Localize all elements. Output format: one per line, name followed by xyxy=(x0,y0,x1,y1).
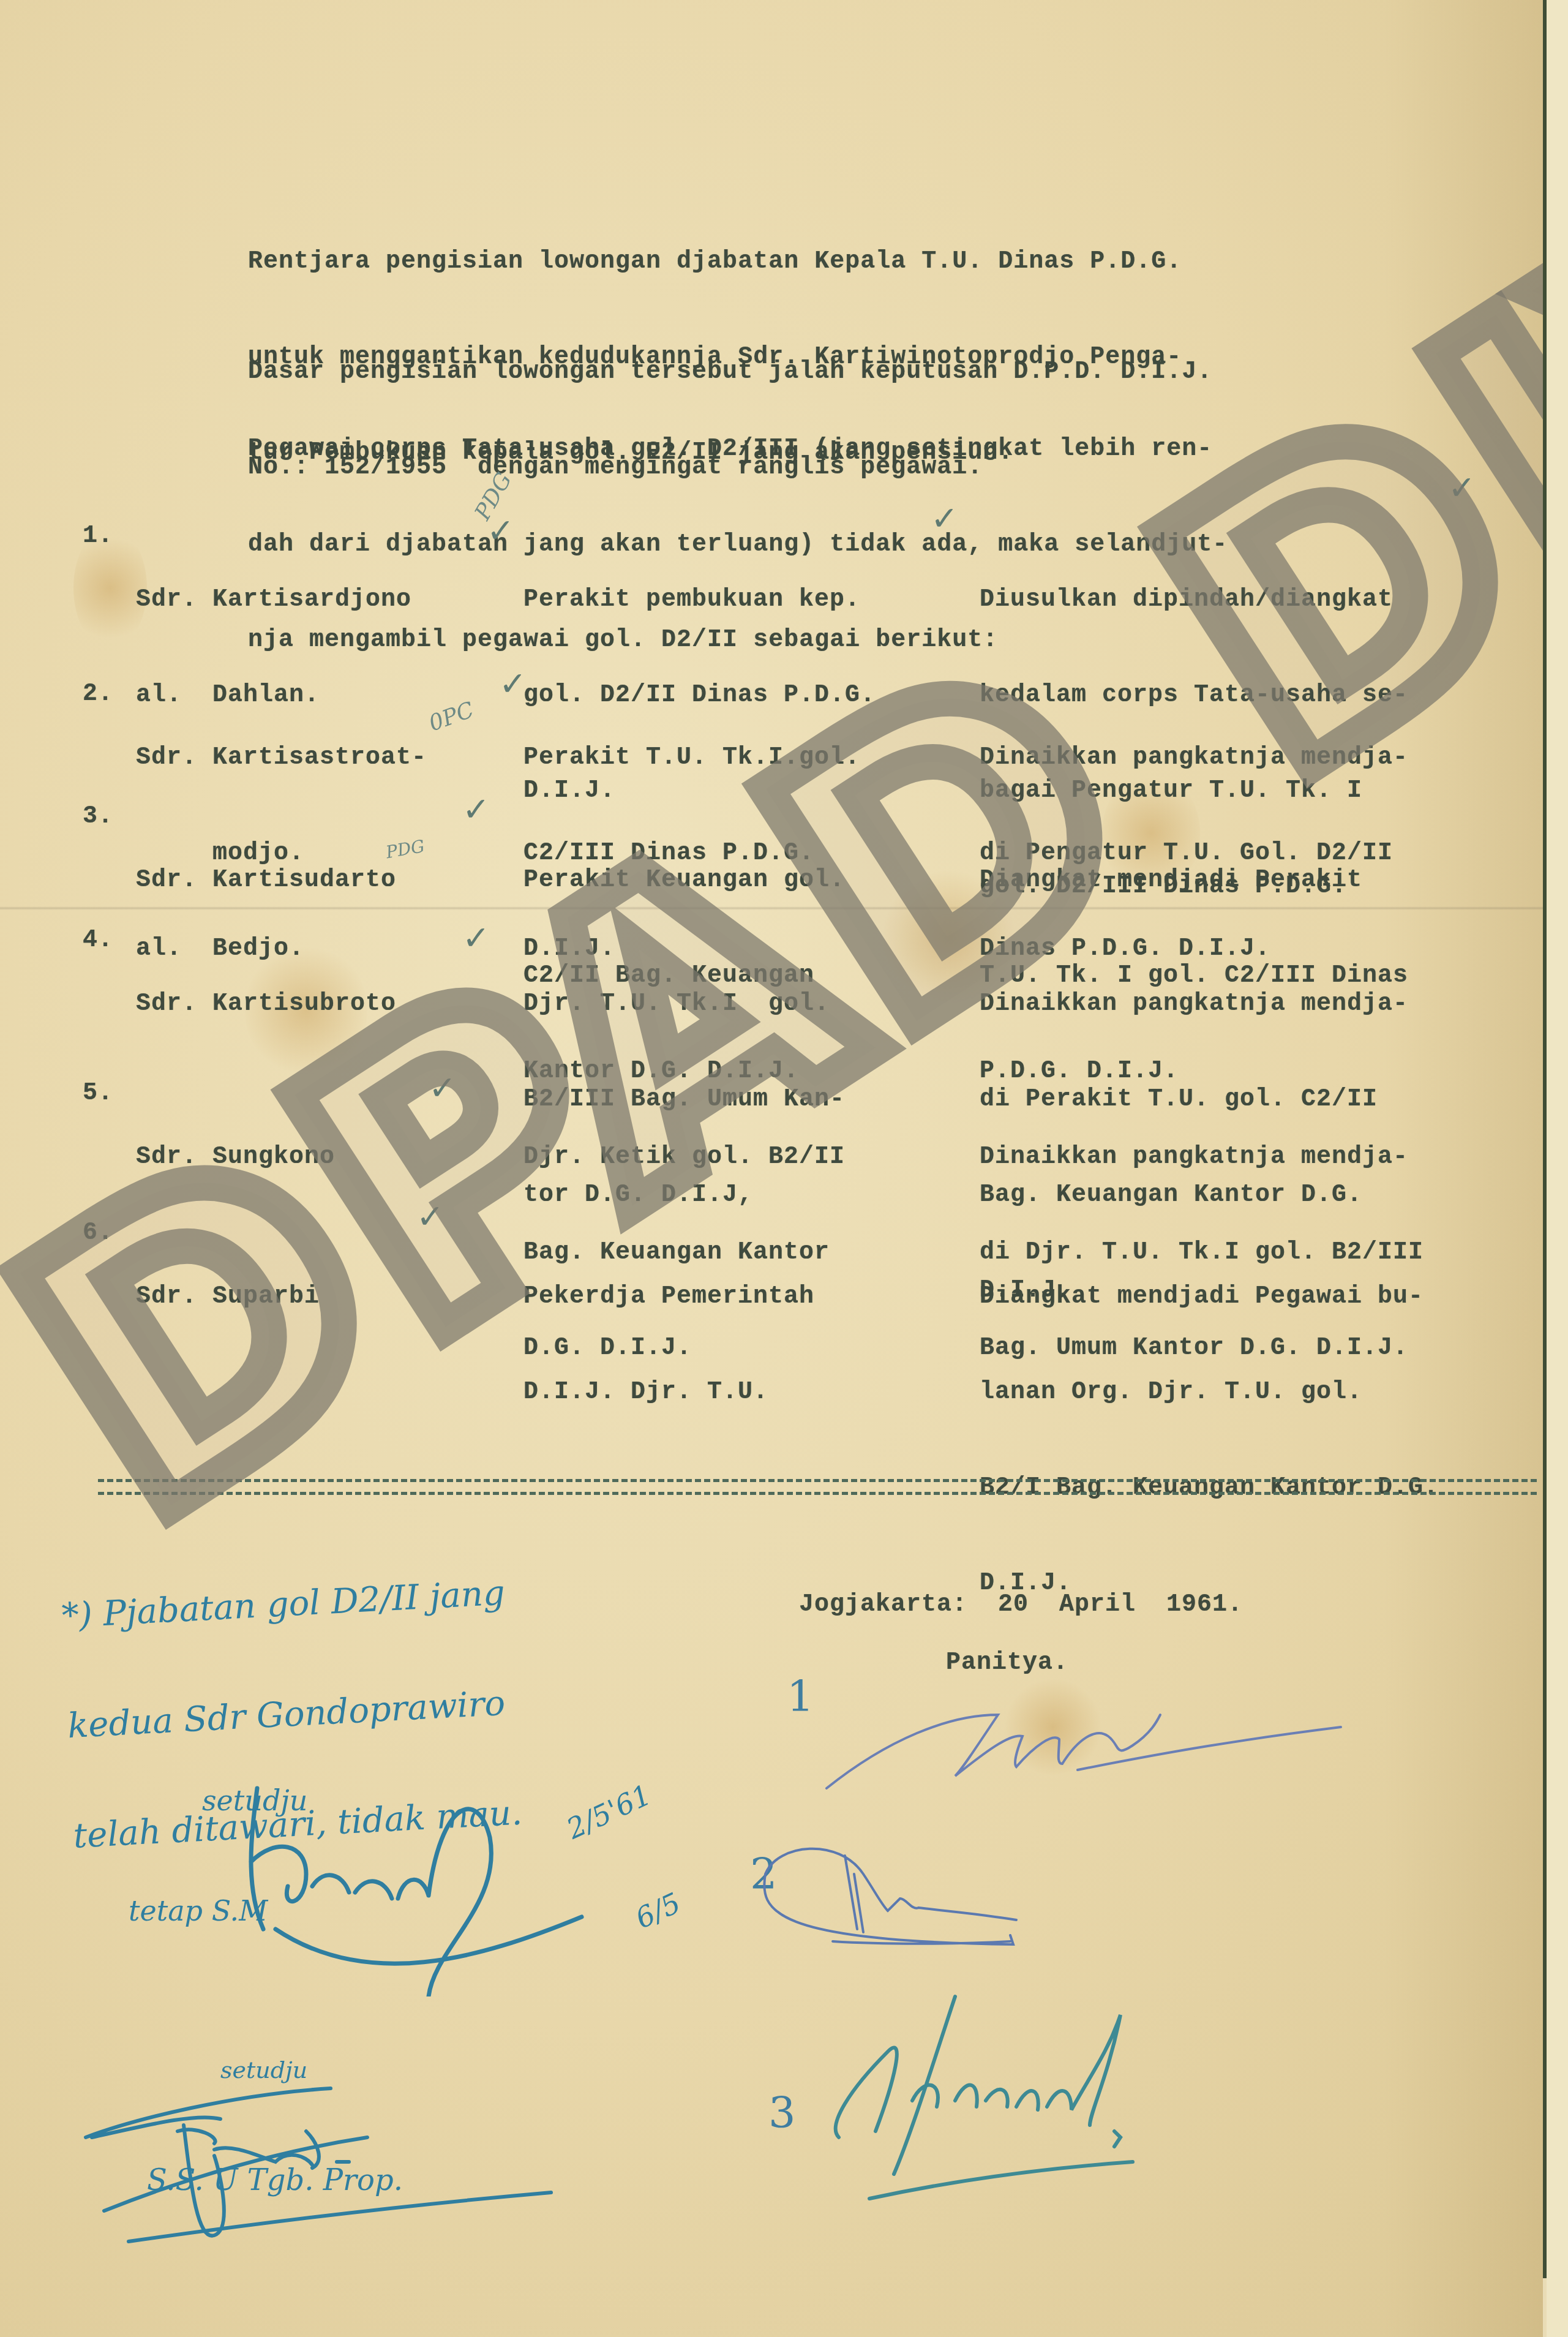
candidate-name: Sdr. Kartisubroto xyxy=(136,925,396,1084)
signature-1 xyxy=(814,1678,1365,1801)
proposal-line: Dinaikkan pangkatnja mendja- xyxy=(980,742,1408,774)
checkmark-icon: ✓ xyxy=(416,1197,444,1236)
position-line: D.I.J. Djr. T.U. xyxy=(523,1377,814,1409)
text-line: Rentjara pengisian lowongan djabatan Kep… xyxy=(248,246,1182,278)
text-line: Pegawai corps Tata-usaha gol. D2/III (ja… xyxy=(248,434,1228,465)
candidate-name: Sdr. Sungkono xyxy=(136,1078,335,1237)
proposal-line: Diangkat mendjadi Pegawai bu- xyxy=(980,1281,1439,1313)
proposal-line: Diusulkan dipindah/diangkat xyxy=(980,584,1408,616)
proposal-line: Dinaikkan pangkatnja mendja- xyxy=(980,1142,1424,1173)
signature-3 xyxy=(802,1978,1231,2223)
checkmark-icon: ✓ xyxy=(462,919,490,957)
signature-left xyxy=(184,1764,625,1996)
scan-margin xyxy=(1547,0,1568,2337)
signature-2 xyxy=(759,1837,1041,1960)
candidate-number: 5. xyxy=(83,1078,113,1110)
name-line: Sdr. Kartisastroat- xyxy=(136,742,427,774)
double-dashed-divider xyxy=(98,1479,1537,1495)
document-page: Rentjara pengisian lowongan djabatan Kep… xyxy=(0,0,1543,2337)
name-line: Sdr. Kartisardjono xyxy=(136,584,411,616)
position-line: Perakit Keuangan gol. xyxy=(523,865,845,897)
checkmark-icon: ✓ xyxy=(462,790,490,829)
committee-label: Panitya. xyxy=(946,1647,1068,1679)
signature-number: 1 xyxy=(787,1678,814,1715)
candidate-number: 3. xyxy=(83,801,113,833)
proposal-line: lanan Org. Djr. T.U. gol. xyxy=(980,1377,1439,1409)
position-line: Djr. Ketik gol. B2/II xyxy=(523,1142,845,1173)
signature-bottom-left xyxy=(73,2082,625,2254)
date-line: 6/5 xyxy=(629,1876,703,1937)
position-line: Djr. T.U. Tk.I gol. xyxy=(523,988,845,1020)
candidate-name: Sdr. Suparbi xyxy=(136,1217,320,1377)
signature-number: 3 xyxy=(768,2094,796,2131)
proposal-line: Dinaikkan pangkatnja mendja- xyxy=(980,988,1408,1020)
position-line: Perakit pembukuan kep. xyxy=(523,584,876,616)
name-line: Sdr. Kartisubroto xyxy=(136,988,396,1020)
place-date: Jogjakarta: 20 April 1961. xyxy=(799,1589,1243,1621)
checkmark-icon: ✓ xyxy=(1448,469,1476,507)
name-line: Sdr. Suparbi xyxy=(136,1281,320,1313)
checkmark-icon: ✓ xyxy=(931,499,958,538)
position-line: Perakit T.U. Tk.I.gol. xyxy=(523,742,860,774)
position-line: Pekerdja Pemerintah xyxy=(523,1281,814,1313)
candidate-current-position: Pekerdja Pemerintah D.I.J. Djr. T.U. xyxy=(523,1217,814,1472)
checkmark-icon: ✓ xyxy=(499,664,527,703)
candidate-number: 1. xyxy=(83,521,113,552)
note-line: *) Pjabatan gol D2/II jang xyxy=(61,1575,512,1635)
candidate-number: 6. xyxy=(83,1217,113,1249)
proposal-line: Diangkat mendjadi Perakit xyxy=(980,865,1408,897)
candidate-number: 2. xyxy=(83,679,113,710)
checkmark-icon: ✓ xyxy=(429,1069,456,1107)
candidate-number: 4. xyxy=(83,925,113,957)
name-line: Sdr. Sungkono xyxy=(136,1142,335,1173)
name-line: Sdr. Kartisudarto xyxy=(136,865,396,897)
